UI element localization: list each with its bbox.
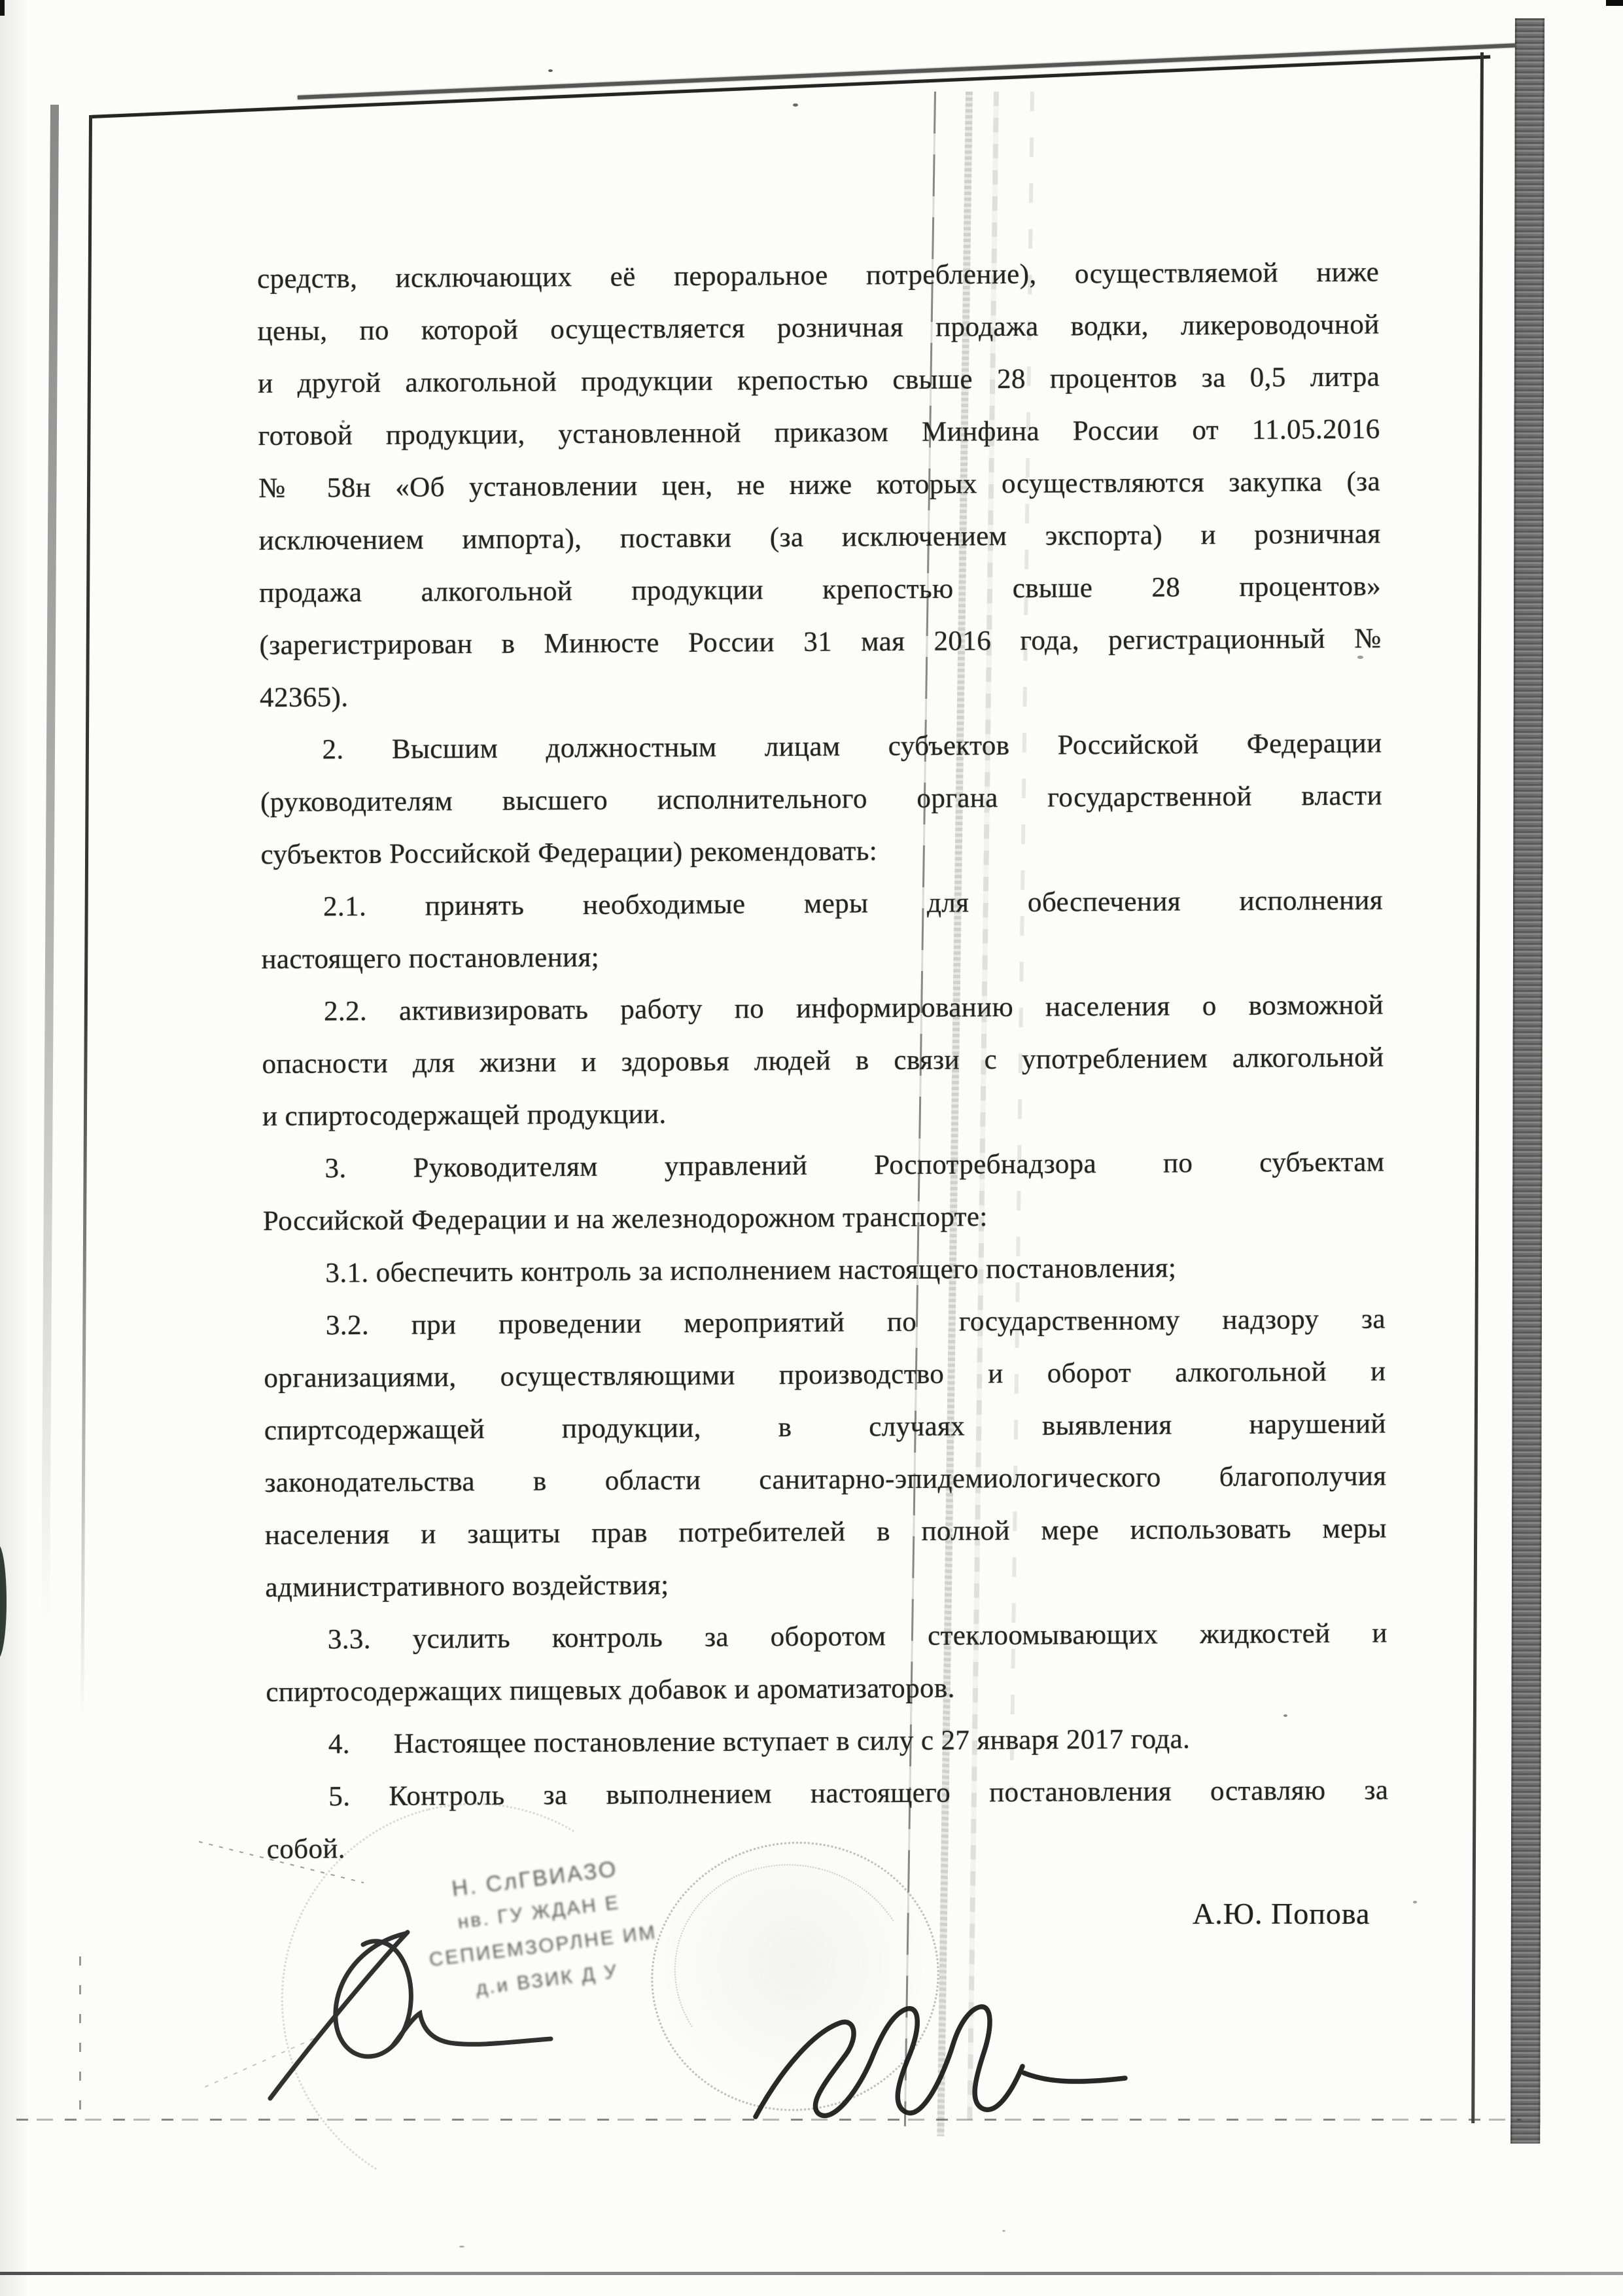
speck [793, 103, 798, 107]
signature-scribble-right-icon [742, 1976, 1135, 2140]
document-line: 3. Руководителям управлений Роспотребнад… [262, 1143, 1384, 1202]
document-line: населения и защиты прав потребителей в п… [265, 1510, 1387, 1568]
frame-left-line [80, 115, 92, 1718]
speck [1413, 1901, 1417, 1903]
speck [459, 2246, 464, 2248]
document-line: и спиртосодержащей продукции. [262, 1091, 1384, 1150]
document-text: средств, исключающих её пероральное потр… [257, 254, 1389, 1883]
document-line: Российской Федерации и на железнодорожно… [263, 1195, 1385, 1254]
frame-top-upper-line [298, 43, 1528, 99]
scanned-document-page: средств, исключающих её пероральное потр… [0, 0, 1623, 2296]
document-line: спиртсодержащей продукции, в случаях выя… [264, 1405, 1386, 1464]
document-line: средств, исключающих её пероральное потр… [257, 254, 1379, 313]
document-line: (руководителям высшего исполнительного о… [260, 777, 1382, 836]
scan-corner-mark [0, 0, 5, 16]
document-line: организациями, осуществляющими производс… [264, 1352, 1386, 1411]
document-line: (зарегистрирован в Минюсте России 31 мая… [259, 620, 1381, 679]
document-line: настоящего постановления; [261, 934, 1383, 993]
frame-top-lower-line [90, 55, 1490, 118]
document-line: 4. Настоящее постановление вступает в си… [266, 1719, 1388, 1778]
document-line: законодательства в области санитарно-эпи… [264, 1457, 1386, 1516]
scan-corner-mark [1606, 0, 1623, 6]
document-line: опасности для жизни и здоровья людей в с… [262, 1039, 1384, 1098]
speck [548, 69, 553, 72]
document-line: готовой продукции, установленной приказо… [258, 411, 1380, 470]
signatory-name: А.Ю. Попова [1193, 1896, 1370, 1931]
document-line: цены, по которой осуществляется рознична… [257, 306, 1379, 365]
scan-bottom-edge-line [0, 2272, 1623, 2275]
document-line: исключением импорта), поставки (за исклю… [258, 516, 1380, 574]
document-line: 3.2. при проведении мероприятий по госуд… [264, 1300, 1386, 1359]
document-line: 3.1. обеспечить контроль за исполнением … [263, 1248, 1385, 1307]
document-line: 2.2. активизировать работу по информиров… [262, 987, 1384, 1046]
document-line: субъектов Российской Федерации) рекоменд… [260, 830, 1382, 889]
document-line: 2. Высшим должностным лицам субъектов Ро… [260, 725, 1382, 784]
signature-scribble-left-icon [258, 1907, 559, 2104]
scan-edge-blob [0, 1544, 7, 1659]
document-line: и другой алкогольной продукции крепостью… [258, 359, 1380, 417]
document-line: 2.1. принять необходимые меры для обеспе… [261, 882, 1383, 941]
frame-right-line [1471, 52, 1484, 2123]
scan-edge-bar-left [41, 105, 59, 1623]
document-line: 3.3. усилить контроль за оборотом стекло… [266, 1614, 1387, 1673]
speck [1002, 2230, 1005, 2232]
scan-edge-bar-right [1510, 18, 1544, 2144]
frame-left-dashes [79, 1956, 81, 2120]
document-line: спиртосодержащих пищевых добавок и арома… [266, 1667, 1387, 1725]
document-line: 42365). [260, 673, 1382, 732]
document-line: продажа алкогольной продукции крепостью … [259, 568, 1381, 627]
document-line: № 58н «Об установлении цен, не ниже кото… [258, 463, 1380, 522]
document-line: административного воздействия; [265, 1562, 1387, 1621]
